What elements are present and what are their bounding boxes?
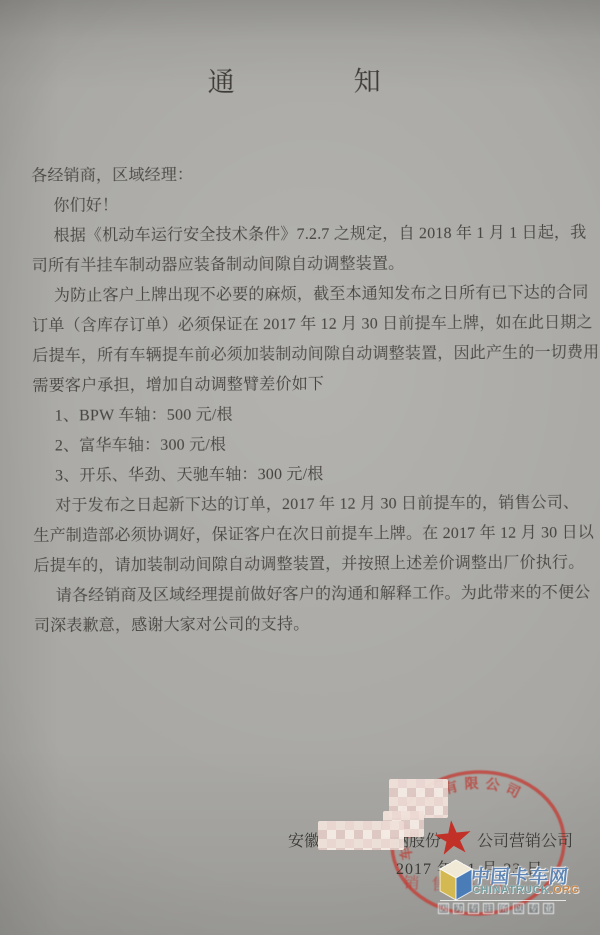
watermark-divider [440, 900, 566, 901]
notice-line: 生产制造部必须协调好，保证客户在次日前提车上牌。在 2017 年 12 月 30… [33, 518, 569, 551]
notice-line: 需要客户承担，增加自动调整臂差价如下 [32, 368, 568, 401]
site-watermark: 中国卡车网 CHINATRUCK.ORG 因 为 专 注 所 以 专 业 [438, 858, 598, 916]
notice-line: 请各经销商及区域经理提前做好客户的沟通和解释工作。为此带来的不便公 [34, 578, 570, 611]
notice-line: 你们好！ [31, 188, 567, 221]
notice-line: 为防止客户上牌出现不必要的麻烦，截至本通知发布之日所有已下达的合同 [32, 278, 568, 311]
signature-company-prefix: 安徽 [288, 828, 320, 851]
notice-line: 后提车的，请加装制动间隙自动调整装置，并按照上述差价调整出厂价执行。 [34, 548, 570, 581]
notice-line: 对于发布之日起新下达的订单，2017 年 12 月 30 日前提车的，销售公司、 [33, 488, 569, 521]
watermark-domain: CHINATRUCK.ORG [472, 884, 580, 896]
slogan-char-box: 所 [498, 903, 509, 914]
notice-line: 后提车，所有车辆提车前必须加装制动间隙自动调整装置，因此产生的一切费用 [32, 338, 568, 371]
watermark-domain-main: CHINATRUCK [472, 884, 550, 896]
watermark-domain-tld: .ORG [550, 884, 580, 896]
notice-body: 各经销商，区域经理： 你们好！ 根据《机动车运行安全技术条件》7.2.7 之规定… [31, 158, 570, 641]
notice-line: 订单（含库存订单）必须保证在 2017 年 12 月 30 日前提车上牌，如在此… [32, 308, 568, 341]
notice-price-line: 1、BPW 车轴：500 元/根 [33, 398, 569, 431]
cube-3d-icon [438, 858, 474, 906]
censor-mosaic-block [318, 821, 404, 850]
watermark-slogan: 因 为 专 注 所 以 专 业 [438, 903, 554, 914]
notice-line: 根据《机动车运行安全技术条件》7.2.7 之规定，自 2018 年 1 月 1 … [31, 218, 567, 251]
notice-line: 各经销商，区域经理： [31, 158, 567, 191]
slogan-char-box: 注 [483, 903, 494, 914]
slogan-char-box: 专 [528, 903, 539, 914]
photographed-notice-document: 通 知 各经销商，区域经理： 你们好！ 根据《机动车运行安全技术条件》7.2.7… [0, 0, 600, 935]
slogan-char-box: 以 [513, 903, 524, 914]
slogan-char-box: 因 [438, 903, 449, 914]
slogan-char-box: 为 [453, 903, 464, 914]
slogan-char-box: 业 [543, 903, 554, 914]
notice-title: 通 知 [208, 59, 427, 99]
notice-price-line: 2、富华车轴：300 元/根 [33, 428, 569, 461]
notice-price-line: 3、开乐、华劲、天驰车轴：300 元/根 [33, 458, 569, 491]
notice-line: 司深表歉意，感谢大家对公司的支持。 [34, 608, 570, 641]
slogan-char-box: 专 [468, 903, 479, 914]
signature-company-suffix: 公司营销公司 [477, 828, 573, 851]
notice-line: 司所有半挂车制动器应装备制动间隙自动调整装置。 [32, 248, 568, 281]
